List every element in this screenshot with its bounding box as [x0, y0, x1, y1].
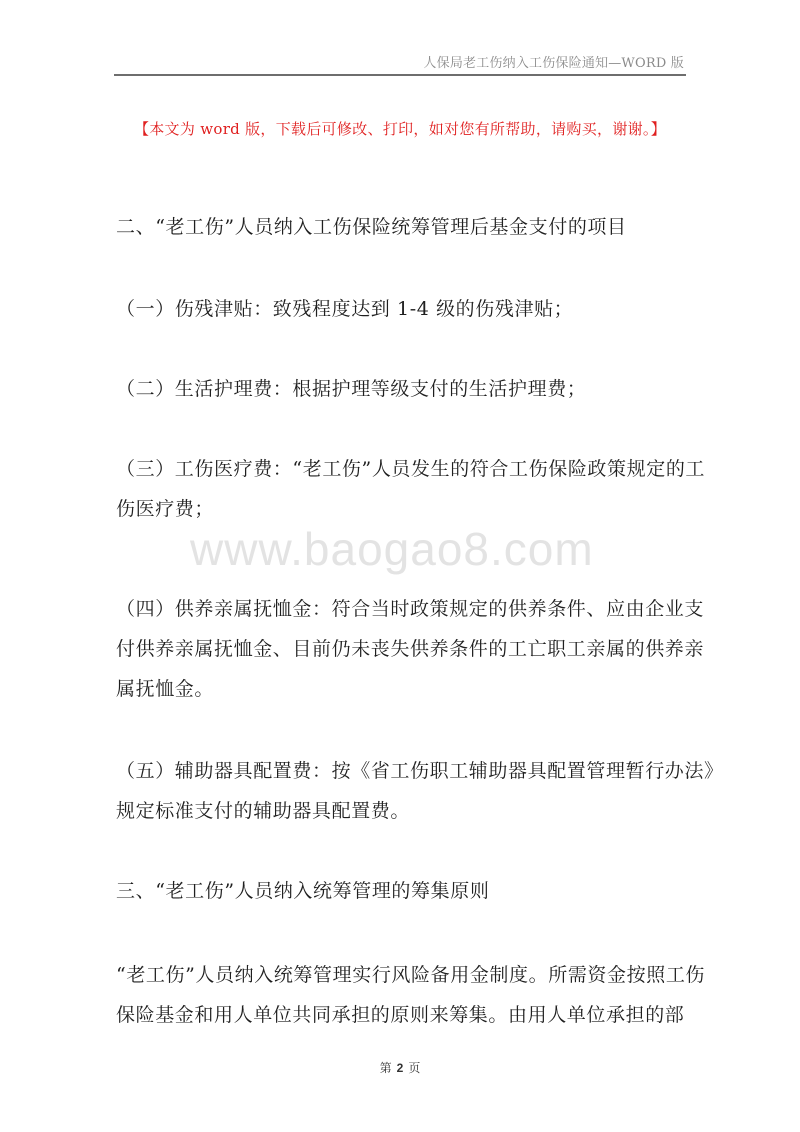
paragraph-line1: “老工伤”人员纳入统筹管理实行风险备用金制度。所需资金按照工伤 — [116, 960, 705, 987]
watermark: www.baogao8.com — [190, 522, 594, 576]
paragraph-line2: 保险基金和用人单位共同承担的原则来筹集。由用人单位承担的部 — [116, 1000, 684, 1027]
item-pension-line3: 属抚恤金。 — [116, 674, 214, 701]
item-medical-fee-line1: （三）工伤医疗费：“老工伤”人员发生的符合工伤保险政策规定的工 — [116, 454, 705, 481]
document-page: 人保局老工伤纳入工伤保险通知—WORD 版 【本文为 word 版，下载后可修改… — [0, 0, 800, 1132]
item-medical-fee-line2: 伤医疗费； — [116, 494, 214, 521]
footer-prefix: 第 — [380, 1061, 392, 1075]
item-pension-line1: （四）供养亲属抚恤金：符合当时政策规定的供养条件、应由企业支 — [116, 594, 704, 621]
section-heading-3: 三、“老工伤”人员纳入统筹管理的筹集原则 — [116, 876, 489, 903]
page-footer: 第2页 — [0, 1059, 800, 1076]
item-assistive-devices-line2: 规定标准支付的辅助器具配置费。 — [116, 796, 410, 823]
item-assistive-devices-line1: （五）辅助器具配置费：按《省工伤职工辅助器具配置管理暂行办法》 — [116, 756, 724, 783]
item-nursing-fee: （二）生活护理费：根据护理等级支付的生活护理费； — [116, 374, 586, 401]
item-disability-allowance: （一）伤残津贴：致残程度达到 1-4 级的伤残津贴； — [116, 294, 573, 321]
footer-suffix: 页 — [408, 1061, 420, 1075]
word-version-notice: 【本文为 word 版，下载后可修改、打印，如对您有所帮助，请购买，谢谢。】 — [114, 118, 686, 139]
header-divider — [114, 74, 686, 76]
page-number: 2 — [397, 1061, 404, 1075]
running-header: 人保局老工伤纳入工伤保险通知—WORD 版 — [423, 52, 684, 71]
item-pension-line2: 付供养亲属抚恤金、目前仍未丧失供养条件的工亡职工亲属的供养亲 — [116, 634, 704, 661]
section-heading-2: 二、“老工伤”人员纳入工伤保险统筹管理后基金支付的项目 — [116, 212, 627, 239]
